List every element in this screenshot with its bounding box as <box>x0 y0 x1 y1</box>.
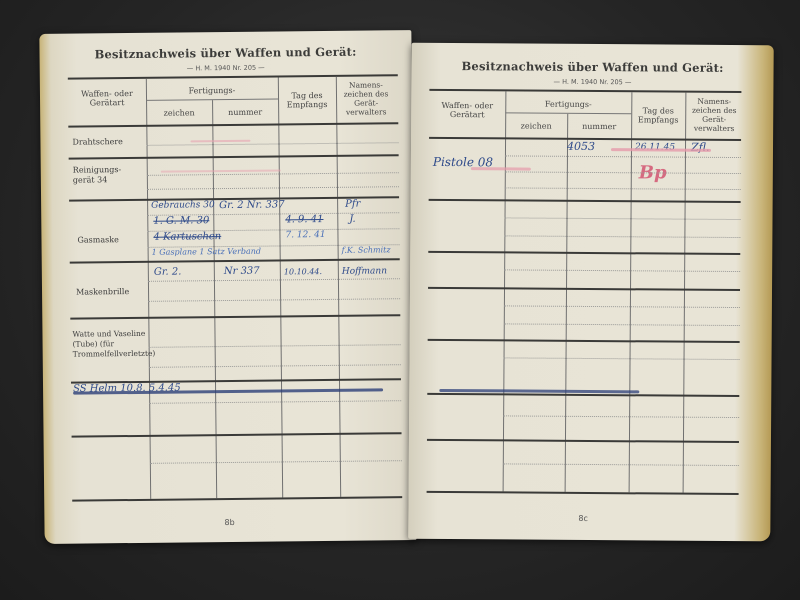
dotted-line <box>150 460 402 464</box>
page-title: Besitznachweis über Waffen und Gerät: <box>39 44 411 62</box>
row-rule <box>69 154 399 159</box>
row-label-reinigungsgeraet: Reinigungs- gerät 34 <box>73 165 143 186</box>
dotted-line <box>504 357 740 360</box>
header-tag: Tag des Empfangs <box>631 106 685 124</box>
table-bottom-rule <box>72 496 402 501</box>
handwritten-signature: Hoffmann <box>342 266 387 276</box>
header-fertigung: Fertigungs- <box>505 99 631 109</box>
dotted-line <box>505 217 741 220</box>
column-divider <box>683 93 687 493</box>
header-top-rule <box>429 89 741 93</box>
page-number: 8c <box>578 514 588 523</box>
column-divider <box>565 114 569 492</box>
row-rule <box>427 393 739 397</box>
header-fertigung: Fertigungs- <box>146 85 278 95</box>
header-zeichen: zeichen <box>505 121 567 130</box>
left-page: Besitznachweis über Waffen und Gerät: — … <box>39 30 416 544</box>
handwritten-signature: Pfr <box>345 199 360 210</box>
header-tag: Tag des Empfangs <box>278 91 336 110</box>
handwritten-signature: f.K. Schmitz <box>342 245 391 255</box>
dotted-line <box>505 187 741 190</box>
row-label-watte-vaseline: Watte und Vaseline (Tube) (für Trommelfe… <box>72 329 148 360</box>
row-rule <box>428 251 740 255</box>
dotted-line <box>147 186 399 190</box>
row-rule <box>428 287 740 291</box>
dotted-line <box>149 400 401 404</box>
page-number: 8b <box>224 518 234 527</box>
header-top-rule <box>68 74 398 79</box>
handwritten-entry: Gr. 2. <box>154 266 182 277</box>
header-namens: Namens- zeichen des Gerät- verwalters <box>336 80 396 117</box>
page-subtitle: — H. M. 1940 Nr. 205 — <box>411 77 773 88</box>
red-strikethrough <box>190 140 250 143</box>
handwritten-entry: 10.10.44. <box>284 267 322 276</box>
dotted-line <box>148 298 400 302</box>
dotted-line <box>503 463 739 466</box>
dotted-line <box>505 171 741 174</box>
handwritten-entry: 7. 12. 41 <box>285 230 325 240</box>
handwritten-entry: 4053 <box>567 140 595 153</box>
page-title: Besitznachweis über Waffen und Gerät: <box>412 59 774 76</box>
header-nummer: nummer <box>212 107 278 117</box>
handwritten-entry: 1. G. M. 30 <box>153 215 209 227</box>
dotted-line <box>149 344 401 348</box>
dotted-line <box>147 172 399 176</box>
red-strikethrough <box>471 167 531 170</box>
handwritten-entry: Gr. 2 Nr. 337 <box>219 199 285 211</box>
header-type: Waffen- oder Gerätart <box>68 89 146 108</box>
handwritten-entry: Gebrauchs 30 <box>151 200 215 211</box>
table-bottom-rule <box>427 491 739 495</box>
header-nummer: nummer <box>567 122 631 131</box>
row-rule <box>70 314 400 319</box>
column-divider <box>503 91 507 491</box>
right-page: Besitznachweis über Waffen und Gerät: — … <box>408 43 773 542</box>
dotted-line <box>148 278 400 282</box>
dotted-line <box>147 142 399 146</box>
handwritten-signature: Zfl. <box>691 141 710 154</box>
handwritten-entry: Nr 337 <box>224 266 260 277</box>
header-namens: Namens- zeichen des Gerät- verwalters <box>685 97 743 133</box>
handwritten-entry: 1 Gasplane 1 Satz Verband <box>152 247 261 257</box>
dotted-line <box>504 235 740 238</box>
red-strikethrough <box>161 169 281 172</box>
header-type: Waffen- oder Gerätart <box>429 101 505 120</box>
column-divider <box>629 92 633 492</box>
row-label-gasmaske: Gasmaske <box>77 235 118 245</box>
row-rule <box>429 199 741 203</box>
header-bottom-rule <box>68 122 398 127</box>
row-rule <box>428 339 740 343</box>
handwritten-entry: 4 Kartuschen <box>153 231 221 243</box>
dotted-line <box>149 364 401 368</box>
row-rule <box>427 439 739 443</box>
header-zeichen: zeichen <box>146 108 212 118</box>
row-label-drahtschere: Drahtschere <box>72 137 123 148</box>
handwritten-entry: 4. 9. 41 <box>285 214 323 225</box>
row-rule <box>70 258 400 263</box>
dotted-line <box>504 305 740 308</box>
row-label-maskenbrille: Maskenbrille <box>76 287 129 298</box>
handwritten-signature: J. <box>349 214 356 225</box>
dotted-line <box>503 415 739 418</box>
dotted-line <box>504 323 740 326</box>
red-strikethrough <box>611 148 711 152</box>
row-rule <box>72 432 402 437</box>
page-subtitle: — H. M. 1940 Nr. 205 — <box>40 62 412 74</box>
dotted-line <box>505 155 741 158</box>
dotted-line <box>504 269 740 272</box>
